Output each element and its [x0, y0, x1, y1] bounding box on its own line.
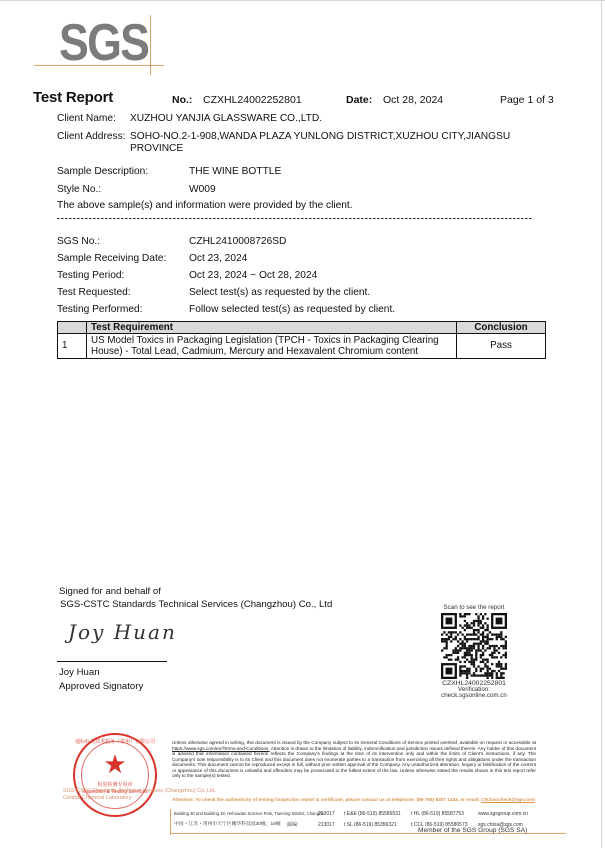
postal-code: 213017 [318, 811, 335, 817]
website-link[interactable]: www.sgsgroup.com.cn [478, 811, 528, 817]
postal-label-cn: 邮编: [287, 822, 298, 828]
signed-for-label: Signed for and behalf of [59, 586, 161, 597]
sample-description-label: Sample Description: [57, 166, 148, 177]
testing-performed-label: Testing Performed: [57, 304, 143, 315]
signing-company: SGS-CSTC Standards Technical Services (C… [60, 599, 332, 610]
phone-sl: t SL (86-519) 85356321 [344, 822, 397, 828]
footer-accent-bar [170, 809, 171, 835]
client-name-label: Client Name: [57, 113, 116, 124]
sgs-group-membership: Member of the SGS Group (SGS SA) [418, 827, 527, 834]
qr-verification-url[interactable]: check.sgsonline.com.cn [424, 692, 524, 699]
page-edge [601, 0, 602, 848]
page-edge [0, 0, 605, 1]
sgs-no-value: CZHL2410008726SD [189, 236, 286, 247]
qr-caption: Scan to see the report [434, 604, 514, 611]
client-address-label: Client Address: [57, 131, 126, 142]
sgs-no-label: SGS No.: [57, 236, 100, 247]
col-header-requirement: Test Requirement [87, 322, 457, 334]
logo-rule-vertical [150, 15, 151, 75]
attention-text: Attention: To check the authenticity of … [172, 797, 481, 802]
row-conclusion: Pass [457, 334, 546, 359]
signatory-name: Joy Huan [59, 667, 100, 678]
requirement-line: US Model Toxics in Packaging Legislation… [91, 335, 452, 347]
sample-description-value: THE WINE BOTTLE [189, 166, 281, 177]
table-header-row: Test Requirement Conclusion [58, 322, 546, 334]
test-requested-value: Select test(s) as requested by the clien… [189, 287, 370, 298]
receiving-date-value: Oct 23, 2024 [189, 253, 247, 264]
client-address-line2: PROVINCE [130, 143, 183, 154]
logo-rule-horizontal [34, 65, 164, 66]
official-seal: 通标标准技术服务（常州）有限公司 ★ 检验检测专用章 Inspection & … [73, 733, 157, 817]
authenticity-notice: Attention: To check the authenticity of … [172, 797, 536, 803]
phone-ee: t E&E (86-519) 85586531 [344, 811, 401, 817]
dashed-separator [57, 218, 533, 219]
col-header-conclusion: Conclusion [457, 322, 546, 334]
test-requested-label: Test Requested: [57, 287, 131, 298]
postal-code: 213017 [318, 822, 335, 828]
col-header-no [58, 322, 87, 334]
sgs-logo-text: SGS [59, 14, 148, 72]
report-title: Test Report [33, 89, 113, 106]
testing-performed-value: Follow selected test(s) as requested by … [189, 304, 395, 315]
sgs-logo: SGS [32, 14, 164, 78]
address-en: Building 30 and Building 18, Hehuadan Sc… [174, 811, 324, 817]
report-no-label: No.: [172, 94, 192, 106]
page-indicator: Page 1 of 3 [500, 94, 554, 106]
client-address-line1: SOHO-NO.2-1-908,WANDA PLAZA YUNLONG DIST… [130, 131, 510, 142]
disclaimer-text: Attention is drawn to the limitation of … [172, 746, 536, 779]
table-row: 1 US Model Toxics in Packaging Legislati… [58, 334, 546, 359]
qr-code-icon[interactable] [441, 613, 507, 679]
signature-line [57, 661, 167, 662]
report-no-value: CZXHL24002252801 [203, 94, 302, 106]
testing-period-value: Oct 23, 2024 ~ Oct 28, 2024 [189, 270, 317, 281]
address-cn: 中国・江苏・常州市天宁区鹏华科技园30幢、18幢 [174, 822, 281, 828]
report-date-value: Oct 28, 2024 [383, 94, 443, 106]
seal-ring-text: 通标标准技术服务（常州）有限公司 [75, 739, 155, 745]
phone-hl: t HL (86-519) 85587753 [411, 811, 464, 817]
stamp-company-line: SGS-CSTC Standards Technical Services (C… [63, 788, 216, 795]
requirement-line: House) - Total Lead, Cadmium, Mercury an… [91, 346, 452, 358]
style-no-value: W009 [189, 184, 216, 195]
testing-period-label: Testing Period: [57, 270, 124, 281]
receiving-date-label: Sample Receiving Date: [57, 253, 166, 264]
terms-link[interactable]: https://www.sgs.com/en/Terms-and-Conditi… [172, 746, 270, 751]
legal-disclaimer: Unless otherwise agreed in writing, this… [172, 740, 536, 779]
test-requirement-table: Test Requirement Conclusion 1 US Model T… [57, 321, 546, 359]
provided-by-client-note: The above sample(s) and information were… [57, 200, 353, 211]
star-icon: ★ [75, 751, 155, 777]
client-name-value: XUZHOU YANJIA GLASSWARE CO.,LTD. [130, 113, 322, 124]
style-no-label: Style No.: [57, 184, 101, 195]
report-date-label: Date: [346, 94, 372, 106]
row-requirement: US Model Toxics in Packaging Legislation… [87, 334, 457, 359]
row-number: 1 [58, 334, 87, 359]
disclaimer-text: Unless otherwise agreed in writing, this… [172, 740, 536, 745]
signatory-role: Approved Signatory [59, 681, 143, 692]
doccheck-email-link[interactable]: CN.Doccheck@sgs.com [481, 797, 535, 802]
handwritten-signature: Joy Huan [68, 620, 177, 644]
